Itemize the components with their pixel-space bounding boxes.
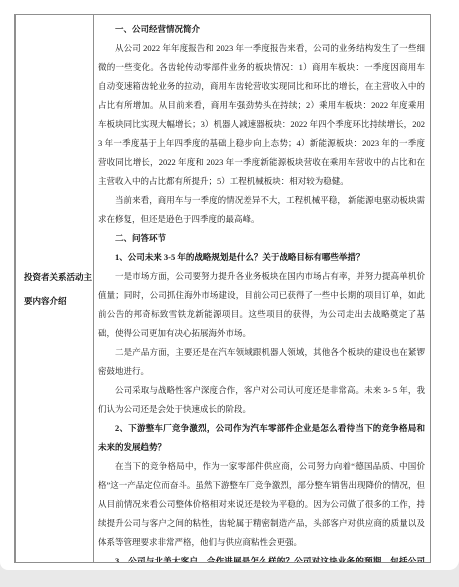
- paragraph-business-overview: 从公司 2022 年年度报告和 2023 年一季度报告来看，公司的业务结构发生了…: [98, 39, 425, 191]
- section-heading-qa: 二、问答环节: [98, 229, 425, 248]
- content-cell: 一、公司经营情况简介 从公司 2022 年年度报告和 2023 年一季度报告来看…: [94, 15, 430, 562]
- ir-activity-table: 投资者关系活动主要内容介绍 一、公司经营情况简介 从公司 2022 年年度报告和…: [14, 14, 431, 563]
- answer-1-product: 二是产品方面，主要还是在汽车领域跟机器人领域，其他各个板块的建设也在紧锣密鼓地进…: [98, 343, 425, 381]
- answer-1-strategy: 公司采取与战略性客户深度合作，客户对公司认可度还是非常高。未来 3- 5 年，我…: [98, 381, 425, 419]
- answer-2: 在当下的竞争格局中，作为一家零部件供应商，公司努力向着“德国品质、中国价格”这一…: [98, 457, 425, 552]
- answer-1-market: 一是市场方面，公司要努力提升各业务板块在国内市场占有率，并努力提高单机价值量；同…: [98, 267, 425, 343]
- paragraph-current-outlook: 当前来看，商用车与一季度的情况差异不大，工程机械平稳， 新能源电驱动板块需求在修…: [98, 191, 425, 229]
- row-header-label: 投资者关系活动主要内容介绍: [24, 265, 92, 313]
- document-page: 投资者关系活动主要内容介绍 一、公司经营情况简介 从公司 2022 年年度报告和…: [0, 0, 459, 570]
- question-1: 1、公司未来 3-5 年的战略规划是什么？关于战略目标有哪些举措？: [98, 248, 425, 267]
- section-heading-overview: 一、公司经营情况简介: [98, 20, 425, 39]
- question-3-truncated: 3、公司与北美大客户，合作进展是怎么样的？公司对这块业务的预期，包括公司份: [98, 552, 425, 562]
- row-header-cell: 投资者关系活动主要内容介绍: [16, 15, 94, 562]
- question-2: 2、下游整车厂竞争激烈，公司作为汽车零部件企业是怎么看待当下的竞争格局和未来的发…: [98, 419, 425, 457]
